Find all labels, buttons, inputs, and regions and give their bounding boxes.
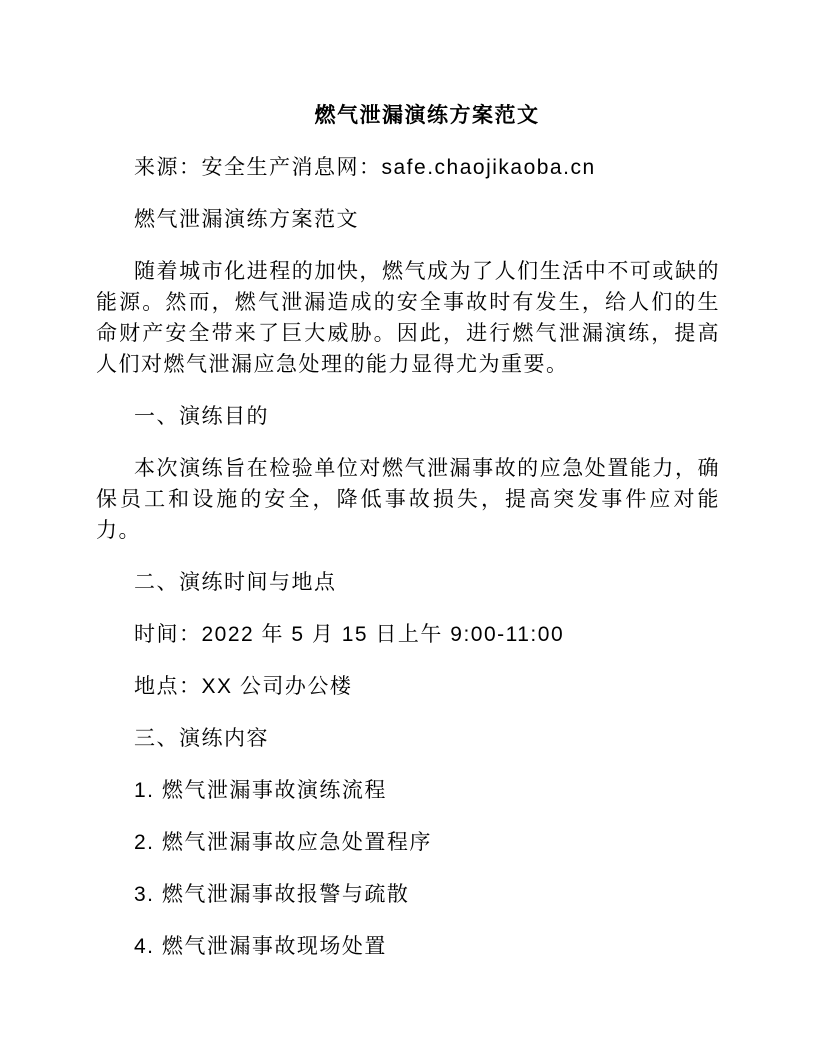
content-item: 1. 燃气泄漏事故演练流程 [96, 775, 720, 806]
section-1-body: 本次演练旨在检验单位对燃气泄漏事故的应急处置能力，确保员工和设施的安全，降低事故… [96, 453, 720, 546]
content-item: 3. 燃气泄漏事故报警与疏散 [96, 879, 720, 910]
source-line: 来源：安全生产消息网：safe.chaojikaoba.cn [96, 152, 720, 183]
document-title: 燃气泄漏演练方案范文 [96, 100, 720, 131]
drill-location-line: 地点：XX 公司办公楼 [96, 671, 720, 702]
drill-time-line: 时间：2022 年 5 月 15 日上午 9:00-11:00 [96, 619, 720, 650]
section-2-heading: 二、演练时间与地点 [96, 567, 720, 598]
document-subtitle: 燃气泄漏演练方案范文 [96, 204, 720, 235]
document-page: 燃气泄漏演练方案范文 来源：安全生产消息网：safe.chaojikaoba.c… [0, 0, 816, 1056]
content-item: 4. 燃气泄漏事故现场处置 [96, 931, 720, 962]
content-item: 2. 燃气泄漏事故应急处置程序 [96, 827, 720, 858]
intro-paragraph: 随着城市化进程的加快，燃气成为了人们生活中不可或缺的能源。然而，燃气泄漏造成的安… [96, 256, 720, 380]
section-1-heading: 一、演练目的 [96, 401, 720, 432]
section-3-heading: 三、演练内容 [96, 723, 720, 754]
